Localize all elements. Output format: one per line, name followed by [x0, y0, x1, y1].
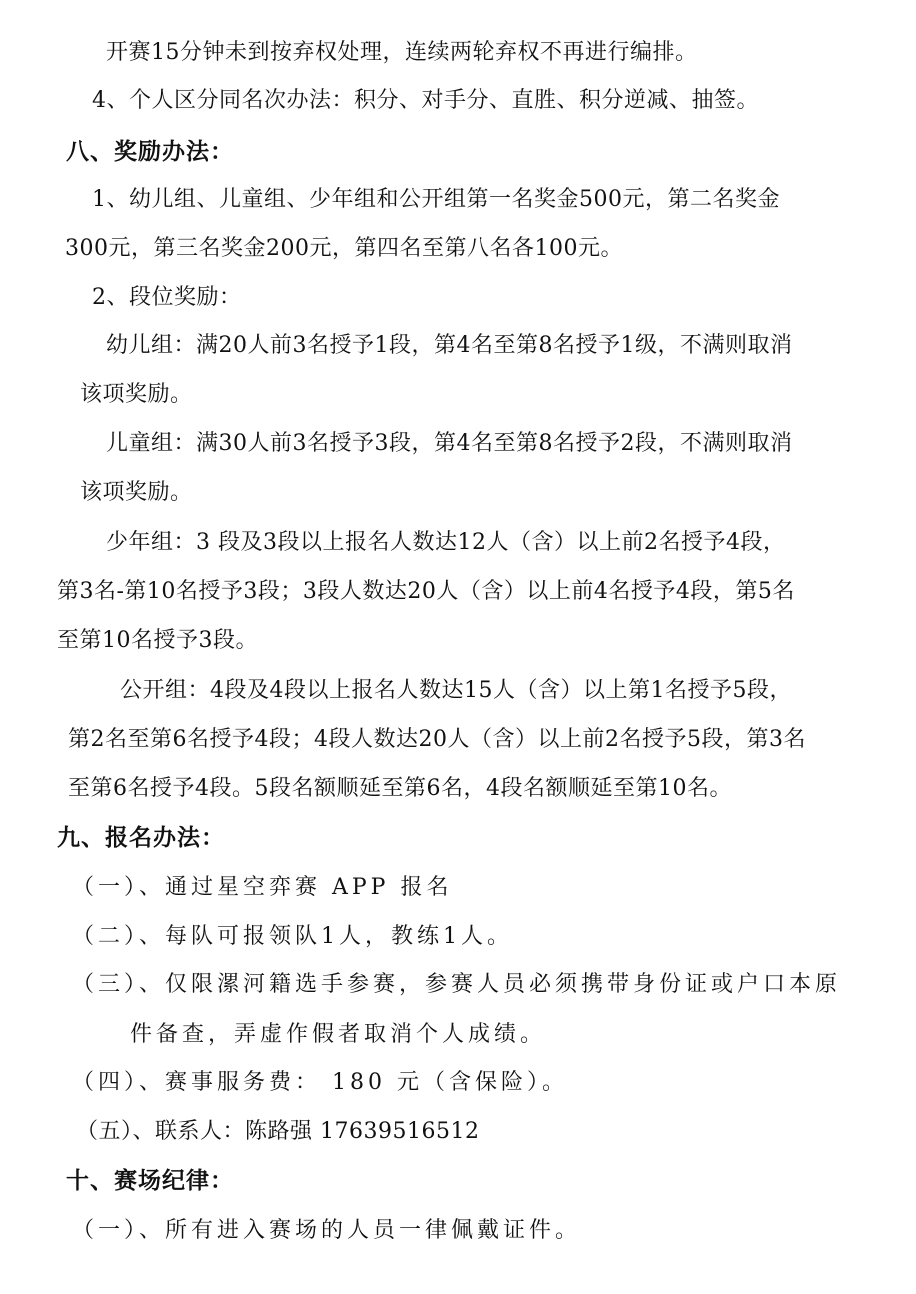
- prize-money-line-1: 1、幼儿组、儿童组、少年组和公开组第一名奖金500元，第二名奖金: [92, 185, 780, 215]
- open-group-line-3: 至第6名授予4段。5段名额顺延至第6名，4段名额顺延至第10名。: [68, 774, 732, 804]
- section-heading-rewards: 八、奖励办法：: [66, 137, 234, 167]
- toddler-group-line-1: 幼儿组：满20人前3名授予1段，第4名至第8名授予1级，不满则取消: [106, 331, 792, 361]
- open-group-line-2: 第2名至第6名授予4段；4段人数达20人（含）以上前2名授予5段，第3名: [68, 725, 806, 755]
- children-group-line-2: 该项奖励。: [80, 478, 193, 508]
- youth-group-line-1: 少年组：3 段及3段以上报名人数达12人（含）以上前2名授予4段，: [106, 528, 785, 558]
- prize-money-line-2: 300元，第三名奖金200元，第四名至第八名各100元。: [65, 234, 623, 264]
- discipline-item-1: （一）、所有进入赛场的人员一律佩戴证件。: [72, 1216, 581, 1246]
- rule-text-line: 开赛15分钟未到按弃权处理，连续两轮弃权不再进行编排。: [106, 38, 698, 68]
- registration-item-2: （二）、每队可报领队1人，教练1人。: [72, 922, 513, 952]
- children-group-line-1: 儿童组：满30人前3名授予3段，第4名至第8名授予2段，不满则取消: [106, 429, 792, 459]
- registration-item-5-contact: （五）、联系人：陈路强 17639516512: [76, 1117, 479, 1147]
- registration-item-1: （一）、通过星空弈赛 APP 报名: [72, 873, 452, 903]
- registration-item-4: （四）、赛事服务费： 180 元（含保险）。: [72, 1068, 568, 1098]
- tiebreak-rule-line: 4、个人区分同名次办法：积分、对手分、直胜、积分逆减、抽签。: [92, 86, 759, 116]
- section-heading-registration: 九、报名办法：: [57, 823, 225, 853]
- youth-group-line-2: 第3名-第10名授予3段；3段人数达20人（含）以上前4名授予4段，第5名: [57, 577, 795, 607]
- registration-item-3-line-1: （三）、仅限漯河籍选手参赛，参赛人员必须携带身份证或户口本原: [72, 970, 841, 1000]
- registration-item-3-line-2: 件备查，弄虚作假者取消个人成绩。: [130, 1020, 546, 1050]
- open-group-line-1: 公开组：4段及4段以上报名人数达15人（含）以上第1名授予5段，: [120, 676, 792, 706]
- toddler-group-line-2: 该项奖励。: [80, 380, 193, 410]
- section-heading-discipline: 十、赛场纪律：: [66, 1166, 234, 1196]
- youth-group-line-3: 至第10名授予3段。: [57, 626, 258, 656]
- dan-rewards-subheading: 2、段位奖励：: [92, 283, 242, 313]
